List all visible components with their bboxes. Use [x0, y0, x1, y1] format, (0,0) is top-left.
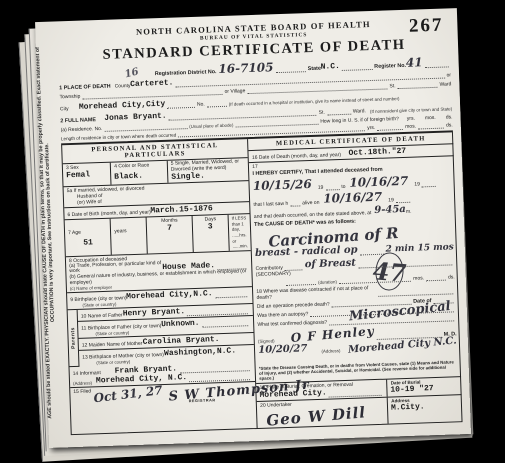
parents-fields: 10 Name of Father Henry Bryant. 11 Birth… [77, 304, 255, 367]
state-label: State [308, 66, 321, 72]
dod-value: Oct.18th."27 [349, 147, 407, 158]
filed-date-value: Oct 31, 27 [93, 383, 163, 405]
filed-field: 15 Filed Oct 31, 27 S W Thompson Jr REGI… [70, 382, 257, 434]
age-days-col: Days 3 [193, 215, 230, 252]
dotted-line [418, 127, 444, 130]
dotted-line [329, 394, 382, 398]
personal-column: PERSONAL AND STATISTICAL PARTICULARS 3 S… [62, 139, 258, 434]
ds-label: ds. [446, 122, 453, 128]
contributory-handwriting: of Breast [305, 258, 357, 271]
dotted-line [342, 68, 372, 71]
less-than-day-col: If LESS than 1 day, ......hrs. or ......… [229, 214, 251, 250]
medical-column: 47 Microscopical MEDICAL CERTIFICATE OF … [248, 132, 462, 428]
foreign-birth-label: How long in U. S. if of foreign birth? [320, 116, 399, 125]
residence-label: (a) Residence. No. [61, 126, 103, 133]
dotted-line [332, 303, 412, 308]
age-label: 7 Age [68, 230, 81, 236]
ward-label: Ward [440, 81, 452, 87]
full-name-value: Jonas Bryant. [104, 112, 167, 123]
county-label: County [115, 83, 131, 90]
informant-address-value: Morehead City, N.C. [96, 373, 187, 385]
marital-value: Single. [171, 170, 246, 182]
race-field: 4 Color or Race Black. [111, 161, 168, 185]
dotted-line [207, 105, 227, 108]
certificate-form: NORTH CAROLINA STATE BOARD OF HEALTH BUR… [57, 16, 462, 441]
burial-value: Morehead City. [260, 388, 328, 400]
cause-handwriting-line3: 2 min 15 mos [385, 242, 454, 254]
mos-label: mos. [405, 124, 416, 130]
dotted-line [434, 302, 454, 305]
dotted-line [327, 113, 351, 116]
st-label: St. [319, 110, 325, 116]
nonresident-note: (If nonresident give city or town and St… [370, 106, 452, 114]
m-label: m. [406, 209, 412, 215]
address-label: (Address) [321, 348, 340, 354]
village-label: or Village [224, 88, 245, 95]
mos-label: mos. [413, 275, 424, 281]
autopsy-label: Was there an autopsy? [257, 311, 308, 319]
marital-field: 5 Single, Married, Widowed, or Divorced … [168, 158, 249, 183]
to-label: to [341, 184, 345, 190]
dotted-line [398, 86, 438, 89]
father-bp-value: Unknown. [161, 319, 200, 329]
age-row: 7 Age 51 years Months 7 Days 3 [65, 214, 251, 257]
state-value: N.C. [321, 62, 341, 72]
abode-note: (Usual place of abode) [189, 123, 233, 129]
dotted-line [290, 204, 300, 206]
informant-address-label: (Address) [73, 381, 92, 387]
attended-to-value: 10/16/27 [349, 174, 408, 190]
dotted-line [339, 280, 411, 284]
nineteen-label: 19 [414, 181, 420, 187]
age-months-value: 7 [150, 223, 190, 234]
form-body: PERSONAL AND STATISTICAL PARTICULARS 3 S… [61, 130, 462, 435]
undertaker-field: 20 Undertaker Geo W Dill [257, 398, 389, 428]
dotted-line [360, 253, 384, 256]
parents-group: Parents 10 Name of Father Henry Bryant. … [68, 304, 255, 367]
occupation-field: 8 Occupation of deceased (a) Trade, Prof… [66, 251, 252, 293]
dotted-line [425, 65, 449, 68]
where-contracted-label: 18 Where was disease contracted if not a… [256, 286, 376, 301]
father-label: 10 Name of Father [81, 313, 123, 320]
certify-field: 17 I HEREBY CERTIFY, That I attended dec… [249, 156, 460, 364]
undertaker-address-value: M.City. [391, 401, 459, 413]
age-days-value: 3 [196, 222, 225, 232]
dotted-line [286, 283, 316, 286]
dotted-line [167, 106, 195, 109]
attended-from-value: 10/15/26 [253, 177, 312, 193]
scanned-photo-background: AGE should be stated EXACTLY. PHYSICIAN … [0, 0, 505, 463]
date-of-label: Date of [413, 298, 431, 305]
city-label: City [60, 106, 69, 112]
full-name-label: 2 FULL NAME [60, 117, 96, 124]
less-than-day-note: If LESS than 1 day, ......hrs. or ......… [232, 215, 248, 249]
burial-date-field: Date of Burial 10-19 "27 [388, 377, 462, 396]
ward-label: Ward. [353, 108, 366, 114]
city-value: Morehead City,City [78, 100, 165, 112]
sex-value: Femal [66, 170, 108, 181]
race-value: Black. [114, 171, 164, 182]
dob-value: March.15-1876 [150, 204, 213, 215]
ds-label: ds. [448, 274, 455, 280]
register-no-label: Register No. [374, 63, 406, 70]
dotted-line [276, 70, 306, 73]
last-saw-label: that I last saw h [253, 201, 288, 208]
mother-value: Carolina Bryant. [142, 335, 219, 347]
mother-label: 12 Maiden Name of Mother [82, 341, 143, 349]
death-certificate-page: AGE should be stated EXACTLY. PHYSICIAN … [35, 8, 471, 448]
test-confirmed-label: What test confirmed diagnosis? [257, 320, 327, 328]
age-years-col: years [111, 218, 148, 255]
undertaker-row: 20 Undertaker Geo W Dill Address M.City. [257, 395, 462, 428]
dotted-line [378, 293, 454, 298]
alive-on-label: alive on [302, 200, 319, 207]
dotted-line [377, 128, 403, 131]
filed-label: 15 Filed [73, 389, 91, 396]
last-saw-date-value: 10/16/27 [323, 190, 382, 206]
burial-date-value: 10-19 "27 [391, 383, 459, 395]
sex-field: 3 Sex Femal [63, 163, 112, 187]
race-label: 4 Color or Race [114, 162, 164, 170]
county-value: Carteret. [130, 78, 174, 89]
place-of-death-label: 1 PLACE OF DEATH [59, 84, 111, 92]
reg-district-value: 16-7105 [218, 60, 274, 76]
mos-label: mos. [425, 115, 436, 121]
nineteen-label: 19 [318, 185, 324, 191]
operation-label: Did an operation precede death? [257, 302, 330, 310]
duration-label: (duration) [318, 279, 337, 285]
age-field: 7 Age 51 [65, 219, 113, 256]
yrs-label: yrs. [407, 116, 415, 122]
registrar-label: REGISTRAR [189, 398, 216, 403]
reg-district-label: Registration District No. [155, 69, 217, 77]
undertaker-address-field: Address M.City. [388, 395, 462, 423]
age-years-value: 51 [68, 238, 108, 249]
nineteen-label: 19 [388, 197, 394, 203]
parents-label-text: Parents [70, 327, 77, 349]
age-months-col: Months 7 [147, 216, 195, 253]
years-label: years [114, 228, 126, 234]
signed-label: (Signed) [258, 339, 275, 345]
time-of-death-value: 9-45a [374, 204, 406, 216]
ds-label: ds. [446, 114, 453, 120]
register-no-value: 41 [406, 55, 423, 70]
township-label: Township [59, 94, 80, 101]
yrs-label: yrs. [367, 125, 375, 131]
st-label: St. [389, 83, 395, 89]
or-label: or [446, 72, 451, 78]
signed-date-handwriting: 10/20/27 [258, 343, 307, 356]
no-label: No. [197, 102, 205, 108]
dotted-line [426, 279, 446, 282]
father-value: Henry Bryant. [122, 307, 185, 318]
